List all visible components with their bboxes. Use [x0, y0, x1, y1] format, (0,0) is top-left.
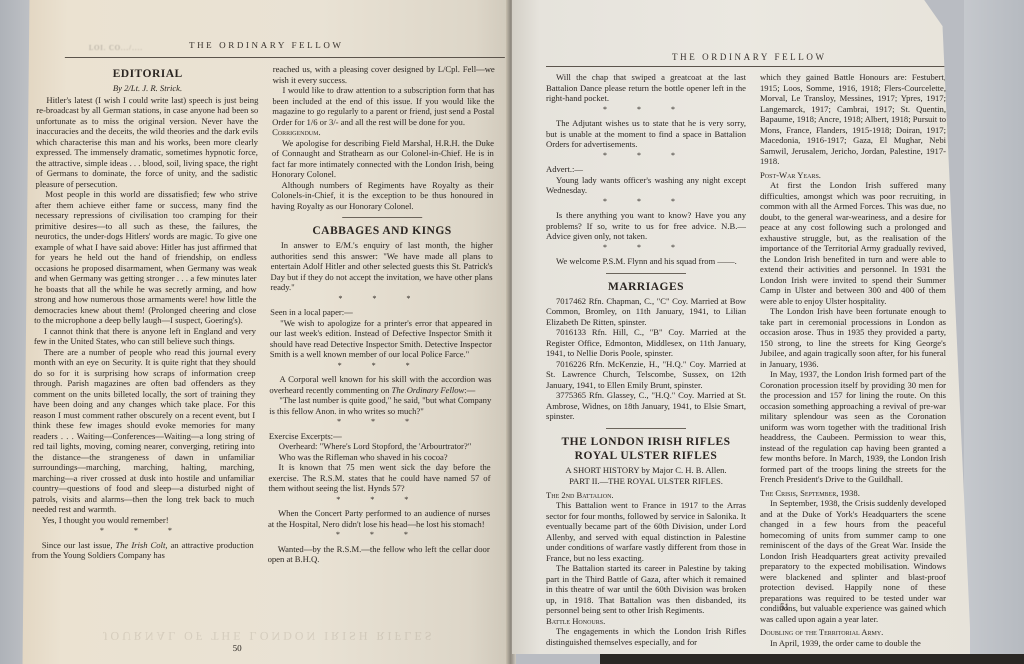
history-paragraph: The Battalion started its career in Pale…	[546, 563, 746, 616]
page-number-left: 50	[233, 643, 242, 653]
corrigendum-text: Although numbers of Regiments have Royal…	[271, 180, 493, 212]
column-notes-and-marriages: Will the chap that swiped a greatcoat at…	[546, 72, 746, 647]
section-rule	[342, 217, 422, 218]
history-paragraph: In May, 1937, the London Irish formed pa…	[760, 369, 946, 485]
irish-colt-title: The Irish Colt	[115, 540, 165, 550]
exercise-item: Overheard: "Where's Lord Stopford, the '…	[269, 441, 491, 452]
page-number-right: 51	[780, 602, 789, 612]
advert-text: Young lady wants officer's washing any n…	[546, 175, 746, 196]
header-rule	[65, 57, 505, 58]
doubling-heading: Doubling of the Territorial Army.	[760, 627, 946, 638]
marriages-title: MARRIAGES	[546, 280, 746, 294]
right-page: THE ORDINARY FELLOW Will the chap that s…	[512, 0, 970, 654]
column-history-continued: which they gained Battle Honours are: Fe…	[760, 72, 946, 648]
corporal-quote: "The last number is quite good," he said…	[269, 395, 491, 416]
post-war-heading: Post-War Years.	[760, 170, 946, 181]
editorial-paragraph: I cannot think that there is anyone left…	[34, 326, 256, 347]
editorial-column: EDITORIAL By 2/Lt. J. R. Strick. Hitler'…	[32, 64, 259, 561]
column-cabbages-and-kings: reached us, with a pleasing cover design…	[268, 64, 495, 565]
history-paragraph: This Battalion went to France in 1917 to…	[546, 500, 746, 563]
history-paragraph: The London Irish have been fortunate eno…	[760, 306, 946, 369]
history-part: PART II.—THE ROYAL ULSTER RIFLES.	[546, 476, 746, 487]
editorial-title: EDITORIAL	[37, 67, 259, 81]
adjutant-note: The Adjutant wishes us to state that he …	[546, 118, 746, 150]
welcome-note: We welcome P.S.M. Flynn and his squad fr…	[546, 256, 746, 267]
section-rule	[606, 273, 686, 274]
section-separator: * * *	[268, 530, 490, 541]
cabbages-title: CABBAGES AND KINGS	[271, 224, 493, 238]
show-through-text: JOURNAL OF THE LONDON IRISH RIFLES	[103, 628, 435, 643]
marriage-entry: 7016133 Rfn. Hill, C., "B" Coy. Married …	[546, 327, 746, 359]
history-subtitle: ROYAL ULSTER RIFLES	[546, 449, 746, 463]
section-separator: * * *	[270, 294, 492, 305]
history-paragraph: In April, 1939, the order came to double…	[760, 638, 946, 649]
section-rule	[606, 428, 686, 429]
editorial-byline: By 2/Lt. J. R. Strick.	[36, 83, 258, 94]
marriage-entry: 7016226 Rfn. McKenzie, H., "H.Q." Coy. M…	[546, 359, 746, 391]
section-separator: * * *	[270, 361, 492, 372]
battle-honours-list: which they gained Battle Honours are: Fe…	[760, 72, 946, 167]
running-head-right: THE ORDINARY FELLOW	[672, 52, 827, 62]
editorial-closing: Since our last issue, The Irish Colt, an…	[32, 540, 254, 561]
subscription-note: I would like to draw attention to a subs…	[272, 85, 494, 127]
corporal-paragraph: A Corporal well known for his skill with…	[269, 374, 491, 395]
history-title: THE LONDON IRISH RIFLES	[546, 435, 746, 449]
second-battalion-heading: The 2nd Battalion.	[546, 490, 746, 501]
cabbages-paragraph: In answer to E/M.'s enquiry of last mont…	[270, 240, 493, 293]
marriage-entry: 3775365 Rfn. Glassey, C., "H.Q." Coy. Ma…	[546, 390, 746, 422]
concert-paragraph: When the Concert Party performed to an a…	[268, 508, 490, 529]
seen-label: Seen in a local paper:—	[270, 307, 492, 318]
history-paragraph: At first the London Irish suffered many …	[760, 180, 946, 306]
library-stamp: LOI. CO.../....	[89, 44, 143, 52]
section-separator: * * *	[546, 197, 746, 208]
section-separator: * * *	[546, 105, 746, 116]
background-surface-right	[964, 0, 1024, 664]
section-separator: * * *	[32, 526, 254, 537]
wanted-paragraph: Wanted—by the R.S.M.—the fellow who left…	[268, 544, 490, 565]
advice-note: Is there anything you want to know? Have…	[546, 210, 746, 242]
editorial-continued: reached us, with a pleasing cover design…	[273, 64, 495, 85]
marriage-entry: 7017462 Rfn. Chapman, C., "C" Coy. Marri…	[546, 296, 746, 328]
editorial-paragraph: Yes, I thought you would remember!	[32, 515, 254, 526]
left-page: LOI. CO.../.... THE ORDINARY FELLOW EDIT…	[23, 0, 514, 664]
history-paragraph: The engagements in which the London Iris…	[546, 626, 746, 647]
ordinary-fellow-title: The Ordinary Fellow	[392, 385, 465, 395]
header-rule	[546, 66, 946, 67]
greatcoat-note: Will the chap that swiped a greatcoat at…	[546, 72, 746, 104]
background-shadow	[600, 654, 1024, 664]
section-separator: * * *	[546, 151, 746, 162]
exercise-item: Who was the Rifleman who shaved in his c…	[269, 452, 491, 463]
editorial-paragraph: Hitler's latest (I wish I could write la…	[35, 95, 258, 190]
corrigendum-text: We apologise for describing Field Marsha…	[272, 138, 494, 180]
editorial-paragraph: There are a number of people who read th…	[32, 347, 256, 515]
history-byline: A SHORT HISTORY by Major C. H. B. Allen.	[546, 465, 746, 476]
crisis-heading: The Crisis, September, 1938.	[760, 488, 946, 499]
advert-label: Advert.:—	[546, 164, 746, 175]
section-separator: * * *	[546, 243, 746, 254]
running-head-left: THE ORDINARY FELLOW	[189, 40, 344, 50]
exercise-label: Exercise Excerpts:—	[269, 431, 491, 442]
editorial-paragraph: Most people in this world are dissatisfi…	[34, 189, 257, 326]
corrigendum-heading: Corrigendum.	[272, 127, 494, 138]
section-separator: * * *	[268, 495, 490, 506]
seen-quote: "We wish to apologize for a printer's er…	[270, 318, 492, 360]
battle-honours-heading: Battle Honours.	[546, 616, 746, 627]
exercise-item: It is known that 75 men went sick the da…	[268, 462, 490, 494]
section-separator: * * *	[269, 417, 491, 428]
